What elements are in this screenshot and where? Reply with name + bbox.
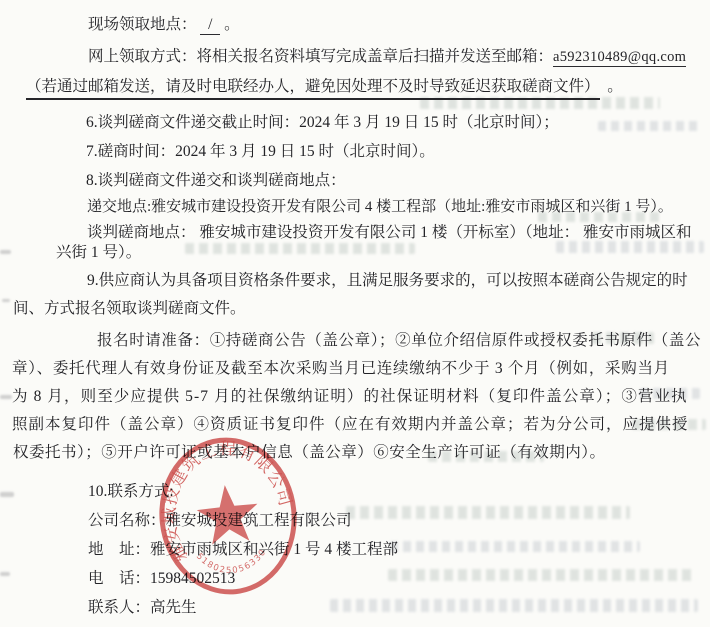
signup-prepare-1: 报名时请准备：①持磋商公告（盖公章）；②单位介绍信原件或授权委托书原件（盖公 [97, 330, 701, 351]
scan-artifact [2, 299, 10, 302]
email-note-line: （若通过邮箱发送，请及时电联经办人，避免因处理不及时导致延迟获取磋商文件） 。 [26, 76, 623, 97]
text-segment: 递交地点:雅安城市建设投资开发有限公司 4 楼工程部（地址:雅安市雨城区和兴街 … [87, 199, 673, 215]
underlined-segment: （若通过邮箱发送，请及时电联经办人，避免因处理不及时导致延迟获取磋商文件） [26, 78, 600, 100]
item7-negotiation-time: 7.磋商时间：2024 年 3 月 19 日 15 时（北京时间）。 [86, 141, 435, 162]
signup-prepare-5: 权委托书）；⑤开户许可证或基本户信息（盖公章）⑥安全生产许可证（有效期内）。 [13, 442, 606, 463]
item10-contact-heading: 10.联系方式: [88, 481, 174, 502]
address-line: 地 址：雅安市雨城区和兴街 1 号 4 楼工程部 [88, 539, 398, 560]
scan-artifact [0, 395, 12, 399]
bleedthrough-artifact [185, 243, 415, 254]
text-segment: 地 址：雅安市雨城区和兴街 1 号 4 楼工程部 [88, 541, 398, 558]
text-segment: 报名时请准备：①持磋商公告（盖公章）；②单位介绍信原件或授权委托书原件（盖公 [97, 332, 701, 349]
text-segment: 章）、委托代理人有效身份证及截至本次采购当月已连续缴纳不少于 3 个月（例如，采… [12, 360, 670, 377]
text-segment: 谈判磋商地点： 雅安城市建设投资开发有限公司 1 楼（开标室）（地址： 雅安市雨… [87, 224, 692, 241]
text-segment: 现场领取地点： [88, 16, 200, 33]
text-segment: 。 [600, 78, 623, 95]
onsite-pickup-line: 现场领取地点： / 。 [88, 14, 240, 35]
text-segment: 兴街 1 号）。 [56, 244, 141, 261]
scan-artifact [0, 492, 14, 497]
text-segment: 权委托书）；⑤开户许可证或基本户信息（盖公章）⑥安全生产许可证（有效期内）。 [13, 444, 606, 461]
text-segment: 8.谈判磋商文件递交和谈判磋商地点： [86, 172, 346, 189]
company-name-line: 公司名称：雅安城投建筑工程有限公司 [88, 510, 352, 531]
text-segment: 网上领取方式：将相关报名资料填写完成盖章后扫描并发送至邮箱： [88, 48, 553, 65]
submission-location: 递交地点:雅安城市建设投资开发有限公司 4 楼工程部（地址:雅安市雨城区和兴街 … [87, 197, 673, 218]
text-segment: 10.联系方式: [88, 483, 174, 500]
phone-line: 电 话：15984502513 [88, 568, 235, 589]
signup-prepare-3: 为 8 月，则至少应提供 5-7 月的社保缴纳证明）的社保证明材料（复印件盖公章… [12, 386, 688, 407]
text-segment: 联系人：高先生 [88, 599, 197, 616]
scan-artifact [0, 572, 10, 576]
signup-prepare-4: 照副本复印件（盖公章）④资质证书复印件（应在有效期内并盖公章；若为分公司，应提供… [12, 414, 689, 435]
bleedthrough-artifact [330, 599, 698, 612]
negotiation-location-1: 谈判磋商地点： 雅安城市建设投资开发有限公司 1 楼（开标室）（地址： 雅安市雨… [87, 222, 692, 243]
item8-locations-heading: 8.谈判磋商文件递交和谈判磋商地点： [86, 170, 346, 191]
item6-submission-deadline: 6.谈判磋商文件递交截止时间：2024 年 3 月 19 日 15 时（北京时间… [86, 112, 559, 133]
scan-artifact [0, 250, 11, 254]
text-segment: 7.磋商时间：2024 年 3 月 19 日 15 时（北京时间）。 [86, 143, 435, 160]
negotiation-location-2: 兴街 1 号）。 [56, 242, 141, 263]
bleedthrough-artifact [390, 541, 640, 552]
bleedthrough-artifact [346, 506, 630, 519]
online-pickup-line: 网上领取方式：将相关报名资料填写完成盖章后扫描并发送至邮箱：a592310489… [88, 46, 686, 68]
item9-supplier-2: 间、方式报名领取谈判磋商文件。 [13, 298, 246, 319]
underlined-segment: / [200, 16, 220, 35]
text-segment: 间、方式报名领取谈判磋商文件。 [13, 300, 246, 317]
contact-person-line: 联系人：高先生 [88, 597, 197, 618]
scanned-document-page: 现场领取地点： / 。网上领取方式：将相关报名资料填写完成盖章后扫描并发送至邮箱… [0, 0, 710, 627]
underlined-segment: a592310489@qq.com [553, 49, 686, 67]
text-segment: 照副本复印件（盖公章）④资质证书复印件（应在有效期内并盖公章；若为分公司，应提供… [12, 416, 689, 433]
text-segment: 。 [220, 16, 239, 33]
text-segment: 电 话：15984502513 [88, 570, 235, 587]
text-segment: 9.供应商认为具备项目资格条件要求，且满足服务要求的，可以按照本磋商公告规定的时 [87, 272, 688, 289]
bleedthrough-artifact [388, 569, 696, 581]
item9-supplier-1: 9.供应商认为具备项目资格条件要求，且满足服务要求的，可以按照本磋商公告规定的时 [87, 270, 688, 291]
bleedthrough-artifact [598, 121, 698, 131]
text-segment: 6.谈判磋商文件递交截止时间：2024 年 3 月 19 日 15 时（北京时间… [86, 114, 559, 131]
text-segment: 为 8 月，则至少应提供 5-7 月的社保缴纳证明）的社保证明材料（复印件盖公章… [12, 388, 688, 405]
text-segment: 公司名称：雅安城投建筑工程有限公司 [88, 512, 352, 529]
signup-prepare-2: 章）、委托代理人有效身份证及截至本次采购当月已连续缴纳不少于 3 个月（例如，采… [12, 358, 670, 379]
